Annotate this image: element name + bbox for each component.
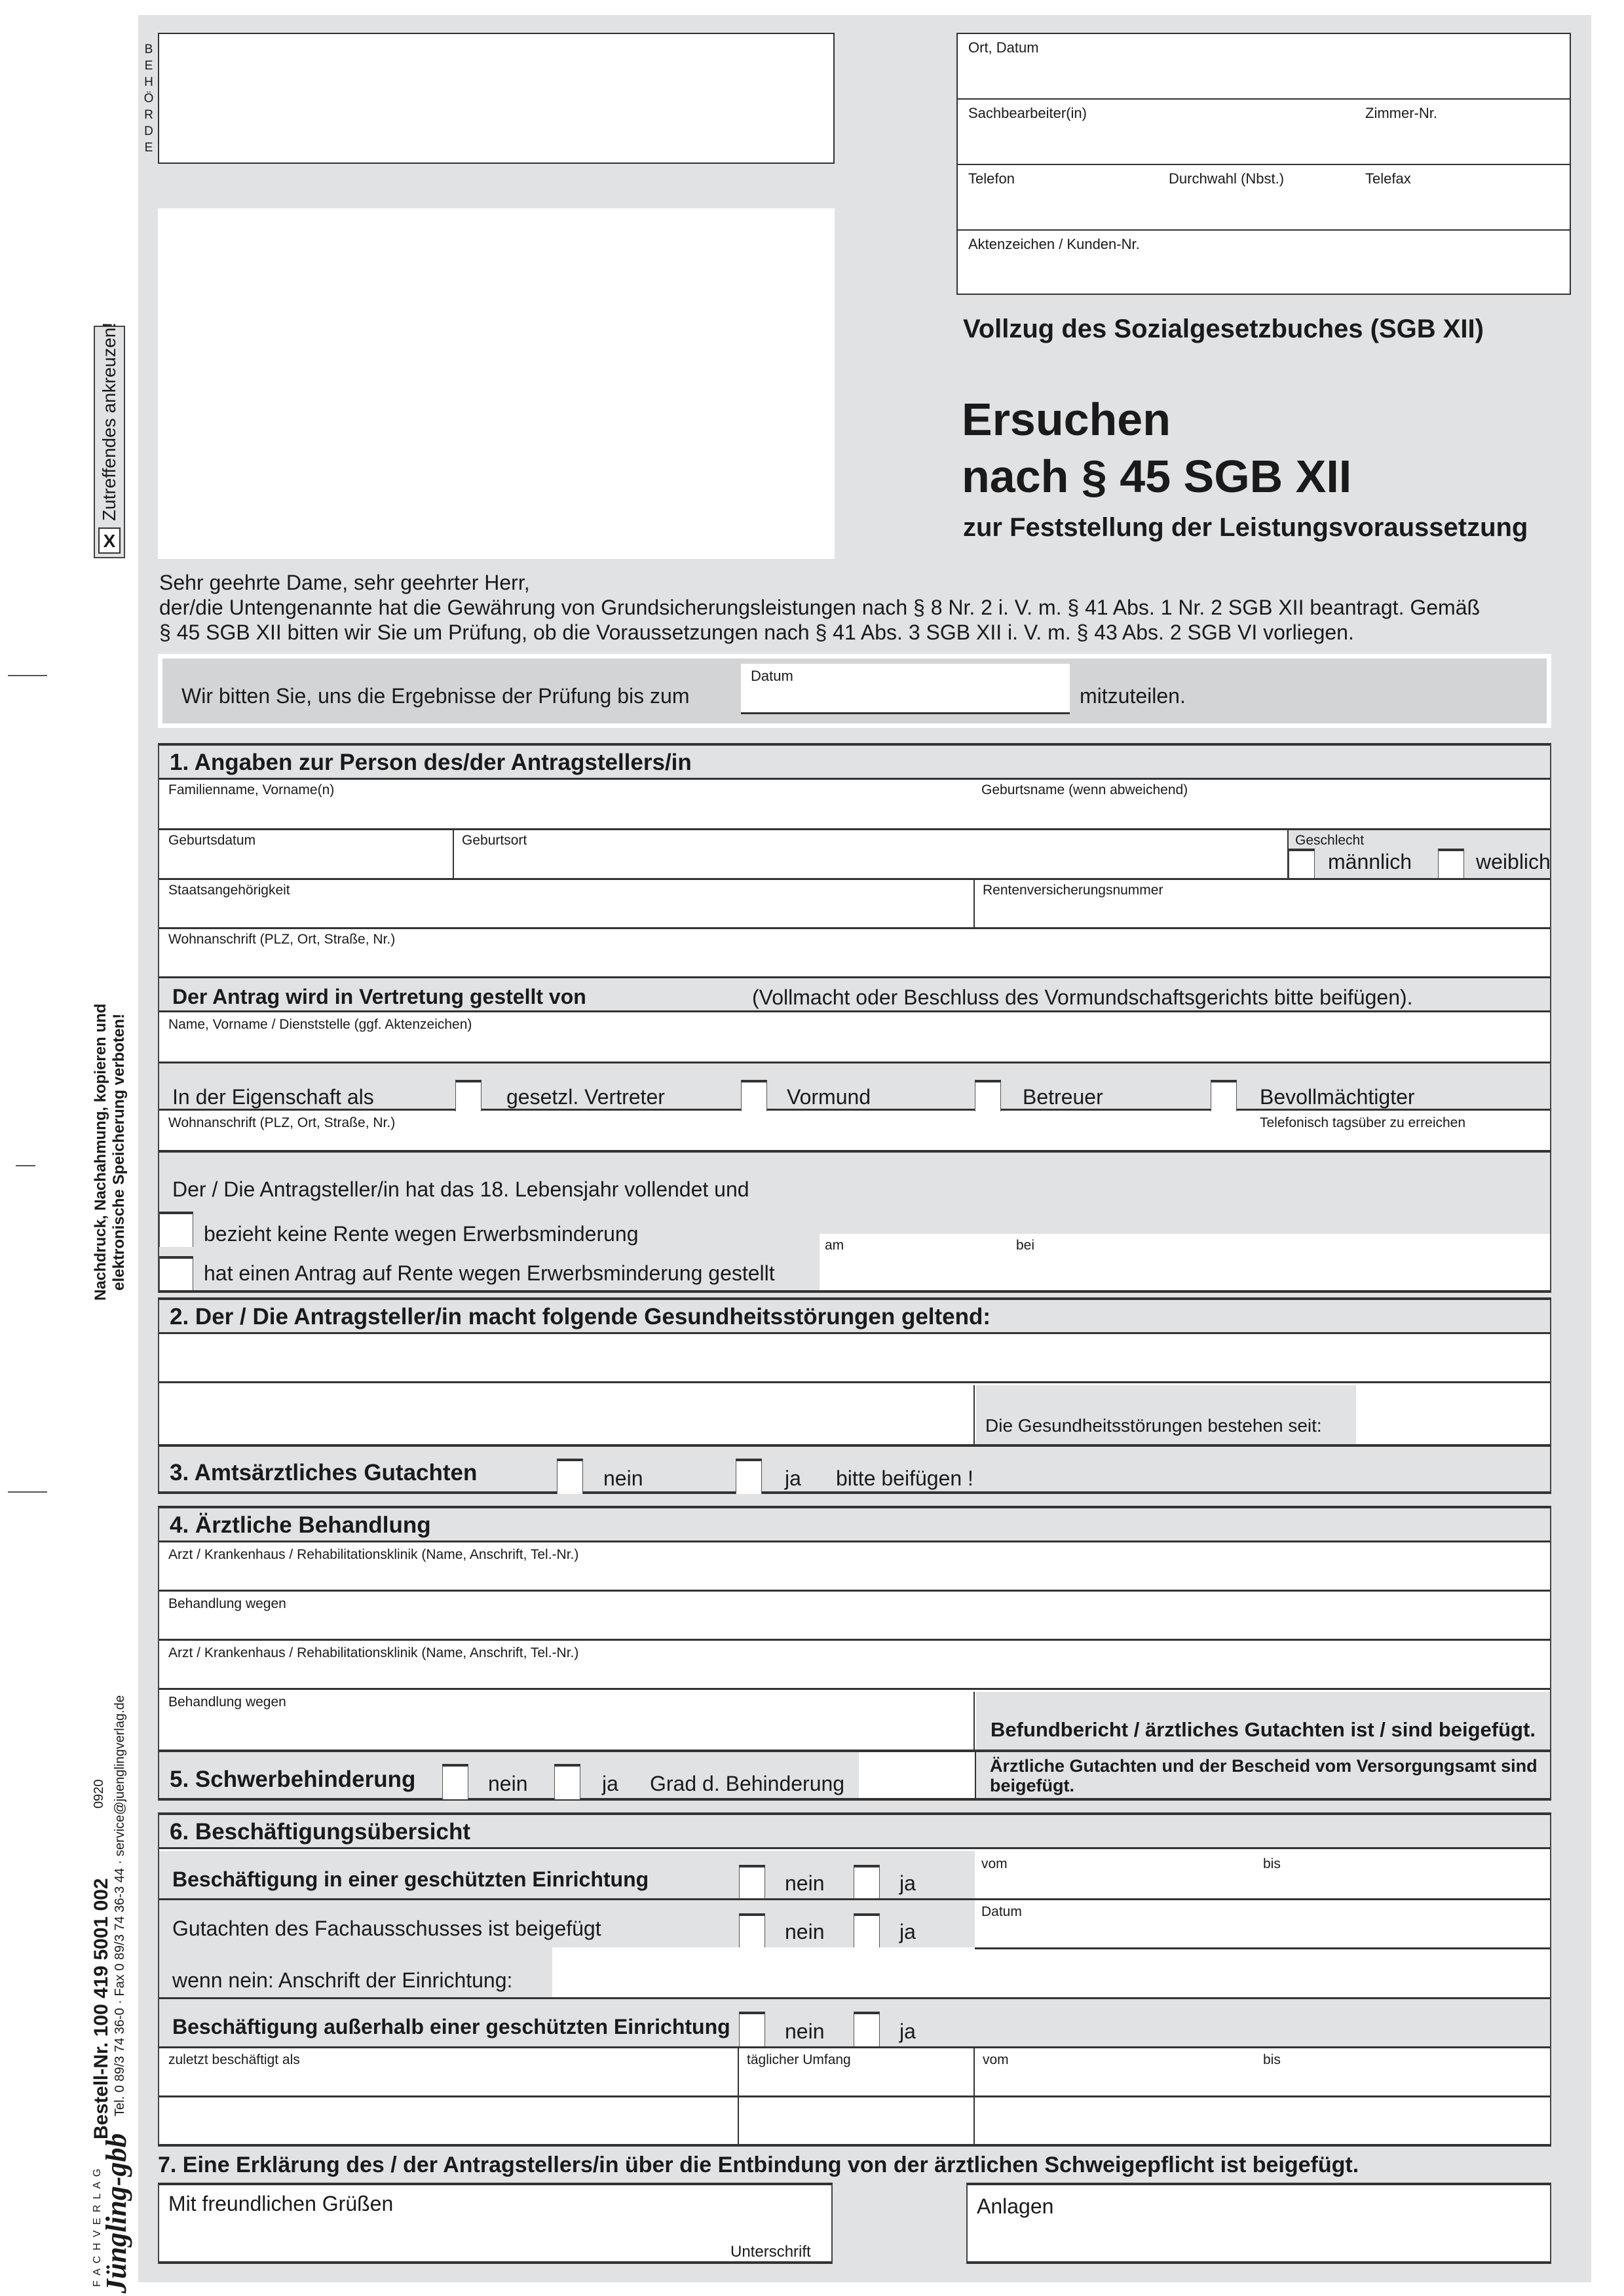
seit-label: Die Gesundheitsstörungen bestehen seit: [985, 1415, 1322, 1436]
maennlich-label: männlich [1328, 850, 1412, 874]
publisher-logo: Jüngling-gbb [100, 2133, 133, 2293]
am-label: am [825, 1238, 844, 1253]
role-checkbox-vormund[interactable] [741, 1080, 767, 1111]
authority-letter: B [142, 41, 155, 58]
authority-field[interactable] [158, 33, 835, 164]
deadline-date-field[interactable]: Datum [741, 664, 1070, 714]
keine-rente-label: bezieht keine Rente wegen Erwerbsminderu… [204, 1222, 639, 1246]
familienname-label: Familienname, Vorname(n) [168, 782, 334, 798]
gutachten-ja-label: ja [785, 1466, 801, 1491]
intro-line: § 45 SGB XII bitten wir Sie um Prüfung, … [159, 620, 1480, 645]
authority-label: B E H Ö R D E [142, 41, 155, 156]
geschuetzt-vom-bis-field[interactable]: vom bis [975, 1851, 1550, 1898]
copyright-line: elektronische Speicherung verboten! [110, 1004, 128, 1301]
wohnanschrift-label: Wohnanschrift (PLZ, Ort, Straße, Nr.) [168, 932, 395, 947]
ausserhalb-label: Beschäftigung außerhalb einer geschützte… [172, 2015, 730, 2039]
check-mark-icon: X [98, 527, 121, 554]
check-hint-label: Zutreffendes ankreuzen! [98, 322, 121, 521]
rente-am-bei-field[interactable]: am bei [820, 1234, 1550, 1290]
eigenschaft-label: In der Eigenschaft als [172, 1085, 374, 1109]
zuletzt-field-2[interactable] [159, 2097, 739, 2144]
fold-mark [8, 1491, 47, 1493]
zuletzt-label: zuletzt beschäftigt als [168, 2052, 300, 2068]
versorgungsamt-note: Ärztliche Gutachten und der Bescheid vom… [990, 1756, 1540, 1795]
umfang-field-2[interactable] [740, 2097, 975, 2144]
section-2: 2. Der / Die Antragsteller/in macht folg… [158, 1297, 1551, 1448]
gutachten-nein-checkbox[interactable] [557, 1459, 583, 1494]
schwerbehinderung-ja-label: ja [602, 1772, 618, 1796]
deadline-date-label: Datum [751, 668, 793, 685]
authority-letter: E [142, 140, 155, 156]
geschuetzt-nein-label: nein [785, 1871, 825, 1896]
maennlich-checkbox[interactable] [1289, 849, 1315, 879]
fachausschuss-ja-checkbox[interactable] [854, 1913, 880, 1947]
authority-letter: H [142, 74, 155, 90]
geburtsname-field[interactable]: Geburtsname (wenn abweichend) [975, 780, 1550, 828]
weiblich-checkbox[interactable] [1438, 849, 1464, 879]
arzt-2-label: Arzt / Krankenhaus / Rehabilitationsklin… [168, 1645, 578, 1661]
vertretung-note: (Vollmacht oder Beschluss des Vormundsch… [752, 985, 1413, 1010]
unterschrift-label: Unterschrift [730, 2243, 811, 2261]
section-6-title: 6. Beschäftigungsübersicht [170, 1819, 470, 1845]
bis-label: bis [1263, 1856, 1281, 1872]
wegen-2-label: Behandlung wegen [168, 1694, 286, 1710]
fachausschuss-label: Gutachten des Fachausschusses ist beigef… [172, 1917, 601, 1941]
role-checkbox-gesetzl-vertreter[interactable] [455, 1080, 482, 1111]
copyright-notice: Nachdruck, Nachahmung, kopieren und elek… [92, 1004, 128, 1301]
deadline-band: Wir bitten Sie, uns die Ergebnisse der P… [158, 654, 1551, 728]
section-6: 6. Beschäftigungsübersicht Beschäftigung… [158, 1812, 1551, 2147]
rente-block: Der / Die Antragsteller/in hat das 18. L… [158, 1153, 1551, 1293]
section-5: 5. Schwerbehinderung nein ja Grad d. Beh… [158, 1750, 1551, 1801]
ausserhalb-ja-checkbox[interactable] [854, 2012, 880, 2047]
title-line-1: Ersuchen [962, 393, 1171, 446]
role-label: gesetzl. Vertreter [506, 1085, 665, 1109]
arzt-2-field[interactable]: Arzt / Krankenhaus / Rehabilitationsklin… [159, 1643, 1550, 1690]
section-1: 1. Angaben zur Person des/der Antragstel… [158, 743, 1551, 1153]
keine-rente-checkbox[interactable] [159, 1212, 193, 1247]
familienname-field[interactable]: Familienname, Vorname(n) [159, 780, 975, 828]
telefonisch-field[interactable]: Telefonisch tagsüber zu erreichen [1207, 1113, 1550, 1152]
lebensjahr-text: Der / Die Antragsteller/in hat das 18. L… [172, 1177, 749, 1202]
role-checkbox-bevollmaechtigter[interactable] [1211, 1080, 1237, 1111]
vom-bis-field-2[interactable] [976, 2097, 1550, 2144]
intro-line: der/die Untengenannte hat die Gewährung … [159, 595, 1480, 620]
signature-box[interactable]: Mit freundlichen Grüßen Unterschrift [158, 2183, 833, 2264]
fachausschuss-ja-label: ja [899, 1920, 916, 1944]
vertreter-name-label: Name, Vorname / Dienststelle (ggf. Akten… [168, 1017, 472, 1033]
order-number: Bestell-Nr. 100 419 5001 002 [90, 1878, 113, 2139]
fold-mark [8, 675, 47, 676]
geschuetzt-ja-label: ja [899, 1871, 916, 1896]
authority-letter: R [142, 107, 155, 123]
ausserhalb-ja-label: ja [899, 2019, 916, 2044]
wohnanschrift-field[interactable]: Wohnanschrift (PLZ, Ort, Straße, Nr.) [159, 929, 1550, 976]
geburtsort-field[interactable]: Geburtsort [455, 830, 1287, 878]
ausserhalb-nein-checkbox[interactable] [739, 2012, 765, 2047]
section-5-title: 5. Schwerbehinderung [170, 1767, 415, 1793]
vom-label: vom [983, 2052, 1009, 2068]
vertreter-anschrift-label: Wohnanschrift (PLZ, Ort, Straße, Nr.) [168, 1115, 395, 1131]
aktenzeichen-field[interactable]: Aktenzeichen / Kunden-Nr. [958, 231, 1570, 294]
header-fields: Ort, Datum Sachbearbeiter(in) Zimmer-Nr.… [956, 33, 1571, 295]
role-label: Vormund [787, 1085, 871, 1109]
fachausschuss-nein-label: nein [785, 1920, 825, 1944]
section-7-title: 7. Eine Erklärung des / der Antragstelle… [158, 2152, 1359, 2178]
umfang-label: täglicher Umfang [747, 2052, 851, 2068]
beschaeftigt-vom-bis-field[interactable]: vom bis [976, 2048, 1550, 2095]
gesundheitsstoerungen-field-1[interactable] [159, 1336, 1550, 1383]
arzt-1-field[interactable]: Arzt / Krankenhaus / Rehabilitationsklin… [159, 1544, 1550, 1592]
deadline-text-before: Wir bitten Sie, uns die Ergebnisse der P… [181, 684, 689, 708]
anlagen-label: Anlagen [977, 2194, 1053, 2219]
grad-field[interactable] [859, 1752, 975, 1798]
datum-label: Datum [981, 1904, 1022, 1920]
schwerbehinderung-nein-label: nein [488, 1772, 528, 1796]
gruesse-label: Mit freundlichen Grüßen [168, 2192, 393, 2216]
geschuetzt-nein-checkbox[interactable] [739, 1865, 765, 1899]
copyright-line: Nachdruck, Nachahmung, kopieren und [92, 1004, 110, 1301]
antrag-rente-label: hat einen Antrag auf Rente wegen Erwerbs… [204, 1261, 775, 1286]
anschrift-label: wenn nein: Anschrift der Einrichtung: [172, 1968, 512, 1993]
section-3-title: 3. Amtsärztliches Gutachten [170, 1460, 477, 1486]
telefax-label: Telefax [1365, 170, 1411, 187]
seit-field[interactable] [1356, 1385, 1550, 1445]
vertreter-anschrift-field[interactable]: Wohnanschrift (PLZ, Ort, Straße, Nr.) [159, 1113, 1207, 1152]
geschuetzt-ja-checkbox[interactable] [854, 1865, 880, 1899]
zuletzt-field[interactable]: zuletzt beschäftigt als [159, 2048, 739, 2095]
gesundheitsstoerungen-field-2[interactable] [159, 1385, 975, 1445]
ort-datum-label: Ort, Datum [968, 39, 1039, 56]
section-1-title: 1. Angaben zur Person des/der Antragstel… [170, 750, 692, 776]
schwerbehinderung-nein-checkbox[interactable] [442, 1764, 468, 1799]
sachbearbeiter-label: Sachbearbeiter(in) [968, 105, 1087, 122]
authority-letter: D [142, 123, 155, 140]
geschuetzt-label: Beschäftigung in einer geschützten Einri… [172, 1867, 649, 1892]
bei-label: bei [1016, 1238, 1034, 1253]
role-checkbox-betreuer[interactable] [975, 1080, 1001, 1111]
geburtsdatum-field[interactable]: Geburtsdatum [159, 830, 454, 878]
telefon-field[interactable]: Telefon Durchwahl (Nbst.) Telefax [958, 165, 1570, 231]
section-4-title: 4. Ärztliche Behandlung [170, 1512, 431, 1539]
pretitle: Vollzug des Sozialgesetzbuches (SGB XII) [963, 315, 1484, 344]
geburtsname-label: Geburtsname (wenn abweichend) [981, 782, 1188, 798]
vertretung-title: Der Antrag wird in Vertretung gestellt v… [172, 985, 586, 1009]
geschlecht-group: Geschlecht männlich weiblich [1287, 830, 1550, 878]
telefonisch-label: Telefonisch tagsüber zu erreichen [1260, 1115, 1465, 1131]
ort-datum-field[interactable]: Ort, Datum [958, 34, 1570, 100]
umfang-field[interactable]: täglicher Umfang [740, 2048, 975, 2095]
fachausschuss-datum-field[interactable]: Datum [975, 1900, 1550, 1947]
antrag-rente-checkbox[interactable] [159, 1256, 193, 1290]
publisher-contact: Tel. 0 89/3 74 36-0 · Fax 0 89/3 74 36-3… [113, 1695, 128, 2116]
geschlecht-label: Geschlecht [1295, 833, 1364, 849]
sachbearbeiter-field[interactable]: Sachbearbeiter(in) Zimmer-Nr. [958, 100, 1570, 165]
anschrift-einrichtung-field[interactable] [552, 1949, 1550, 1997]
wegen-2-field[interactable]: Behandlung wegen [159, 1692, 975, 1753]
form-version: 0920 [92, 1780, 107, 1809]
rvnr-field[interactable]: Rentenversicherungsnummer [976, 880, 1550, 927]
aktenzeichen-label: Aktenzeichen / Kunden-Nr. [968, 236, 1140, 253]
befund-label: Befundbericht / ärztliches Gutachten ist… [991, 1718, 1536, 1742]
durchwahl-label: Durchwahl (Nbst.) [1169, 170, 1284, 187]
section-2-title: 2. Der / Die Antragsteller/in macht folg… [170, 1304, 991, 1330]
weiblich-label: weiblich [1476, 850, 1551, 874]
intro-text: Sehr geehrte Dame, sehr geehrter Herr, d… [159, 570, 1480, 645]
wegen-1-label: Behandlung wegen [168, 1596, 286, 1612]
vom-label: vom [981, 1856, 1008, 1872]
section-3: 3. Amtsärztliches Gutachten nein ja bitt… [158, 1444, 1551, 1494]
authority-letter: Ö [142, 90, 155, 107]
anlagen-box[interactable]: Anlagen [966, 2183, 1551, 2264]
gutachten-ja-checkbox[interactable] [736, 1459, 762, 1494]
gutachten-note: bitte beifügen ! [836, 1466, 973, 1491]
role-label: Betreuer [1023, 1085, 1103, 1109]
fachausschuss-nein-checkbox[interactable] [739, 1913, 765, 1947]
wegen-1-field[interactable]: Behandlung wegen [159, 1594, 1550, 1641]
authority-letter: E [142, 58, 155, 74]
geburtsdatum-label: Geburtsdatum [168, 833, 255, 849]
zimmer-label: Zimmer-Nr. [1365, 105, 1437, 122]
role-label: Bevollmächtigter [1260, 1085, 1415, 1109]
gutachten-nein-label: nein [603, 1466, 643, 1491]
subtitle: zur Feststellung der Leistungsvoraussetz… [963, 513, 1528, 543]
punch-mark [16, 1165, 35, 1166]
bis-label: bis [1263, 2052, 1281, 2068]
geburtsort-label: Geburtsort [462, 833, 527, 849]
address-window[interactable] [158, 208, 835, 559]
staatsangehoerigkeit-field[interactable]: Staatsangehörigkeit [159, 880, 975, 927]
staatsangehoerigkeit-label: Staatsangehörigkeit [168, 883, 290, 898]
vertreter-name-field[interactable]: Name, Vorname / Dienststelle (ggf. Akten… [159, 1014, 1550, 1062]
arzt-1-label: Arzt / Krankenhaus / Rehabilitationsklin… [168, 1547, 578, 1563]
telefon-label: Telefon [968, 170, 1015, 187]
ausserhalb-nein-label: nein [785, 2019, 825, 2044]
salutation: Sehr geehrte Dame, sehr geehrter Herr, [159, 570, 1480, 595]
rvnr-label: Rentenversicherungsnummer [983, 883, 1163, 898]
schwerbehinderung-ja-checkbox[interactable] [554, 1764, 580, 1799]
deadline-text-after: mitzuteilen. [1080, 684, 1186, 708]
title-line-2: nach § 45 SGB XII [962, 450, 1351, 503]
section-4: 4. Ärztliche Behandlung Arzt / Krankenha… [158, 1506, 1551, 1756]
grad-label: Grad d. Behinderung [650, 1772, 844, 1796]
